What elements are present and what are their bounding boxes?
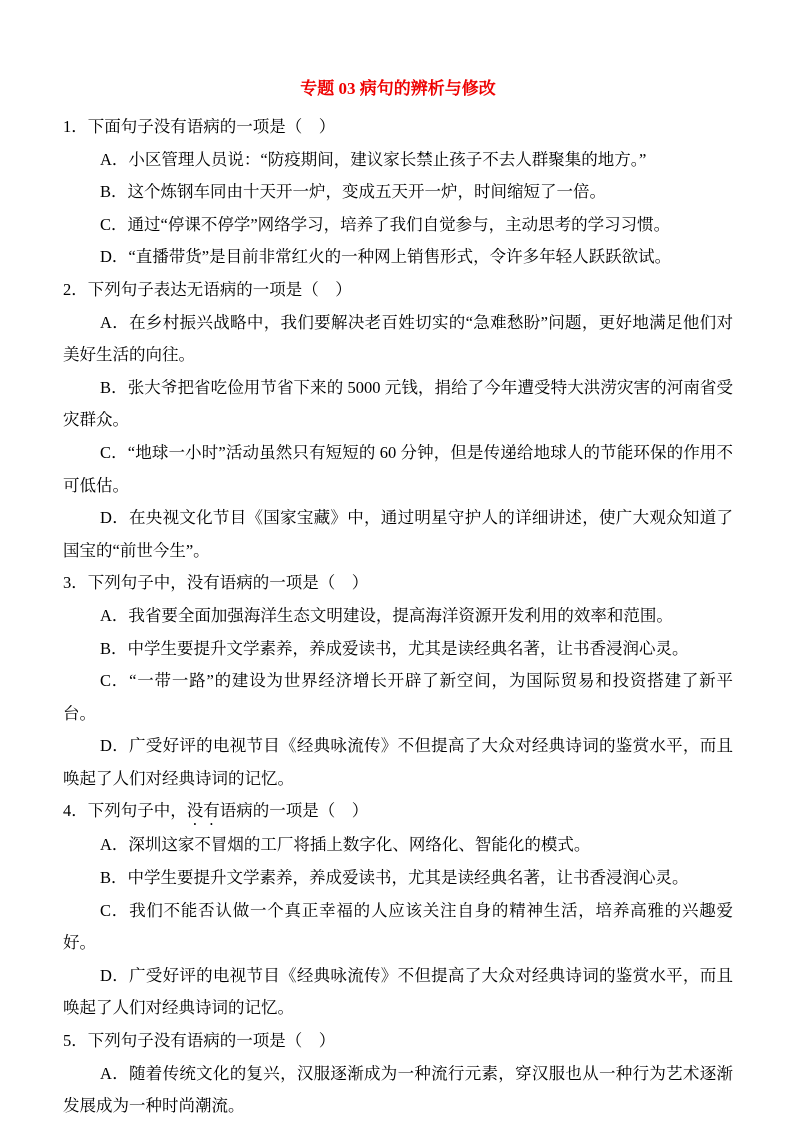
- question-2-option-B: B．张大爷把省吃俭用节省下来的 5000 元钱，捐给了今年遭受特大洪涝灾害的河南…: [63, 372, 733, 437]
- question-number: 1．: [63, 117, 88, 136]
- option-label: B．: [100, 639, 128, 658]
- stem-text: 语病的一项是（ ）: [220, 801, 369, 820]
- option-label: B．: [100, 868, 128, 887]
- question-number: 2．: [63, 280, 88, 299]
- option-text: “直播带货”是目前非常红火的一种网上销售形式，令许多年轻人跃跃欲试。: [128, 247, 671, 266]
- question-5-option-A: A．随着传统文化的复兴，汉服逐渐成为一种流行元素，穿汉服也从一种行为艺术逐渐发展…: [63, 1058, 733, 1122]
- question-3-option-D: D．广受好评的电视节目《经典咏流传》不但提高了大众对经典诗词的鉴赏水平，而且唤起…: [63, 730, 733, 795]
- stem-text: 下列句子中，: [88, 801, 187, 820]
- question-4-stem: 4．下列句子中，没有语病的一项是（ ）: [63, 795, 733, 829]
- option-label: B．: [100, 182, 128, 201]
- emphasized-text: 没有: [187, 801, 220, 820]
- question-2-option-D: D．在央视文化节目《国家宝藏》中，通过明星守护人的详细讲述，使广大观众知道了国宝…: [63, 502, 733, 567]
- option-label: D．: [100, 966, 129, 985]
- question-5-stem: 5．下列句子没有语病的一项是（ ）: [63, 1025, 733, 1058]
- question-4-option-A: A．深圳这家不冒烟的工厂将插上数字化、网络化、智能化的模式。: [63, 829, 733, 862]
- stem-text: 下列句子表达无语病的一项是（ ）: [88, 280, 352, 299]
- option-label: C．: [100, 443, 128, 462]
- option-text: 张大爷把省吃俭用节省下来的 5000 元钱，捐给了今年遭受特大洪涝灾害的河南省受…: [63, 378, 733, 430]
- question-2-option-A: A．在乡村振兴战略中，我们要解决老百姓切实的“急难愁盼”问题，更好地满足他们对美…: [63, 307, 733, 372]
- question-3-option-A: A．我省要全面加强海洋生态文明建设，提高海洋资源开发利用的效率和范围。: [63, 600, 733, 633]
- question-number: 4．: [63, 801, 88, 820]
- option-text: 我们不能否认做一个真正幸福的人应该关注自身的精神生活，培养高雅的兴趣爱好。: [63, 901, 733, 953]
- question-1-stem: 1．下面句子没有语病的一项是（ ）: [63, 111, 733, 144]
- option-label: A．: [100, 150, 128, 169]
- document-page: 专题 03 病句的辨析与修改 1．下面句子没有语病的一项是（ ）A．小区管理人员…: [0, 0, 793, 1122]
- stem-text: 下列句子中，没有语病的一项是（ ）: [88, 573, 369, 592]
- document-title: 专题 03 病句的辨析与修改: [63, 76, 733, 101]
- option-label: A．: [100, 606, 128, 625]
- option-text: 这个炼钢车同由十天开一炉，变成五天开一炉，时间缩短了一倍。: [128, 182, 607, 201]
- stem-text: 下面句子没有语病的一项是（ ）: [88, 117, 336, 136]
- option-text: 在央视文化节目《国家宝藏》中，通过明星守护人的详细讲述，使广大观众知道了国宝的“…: [63, 508, 733, 560]
- option-label: D．: [100, 247, 128, 266]
- question-2-stem: 2．下列句子表达无语病的一项是（ ）: [63, 274, 733, 307]
- question-4-option-C: C．我们不能否认做一个真正幸福的人应该关注自身的精神生活，培养高雅的兴趣爱好。: [63, 895, 733, 960]
- stem-text: 下列句子没有语病的一项是（ ）: [88, 1031, 336, 1050]
- option-label: C．: [100, 215, 128, 234]
- question-3-option-B: B．中学生要提升文学素养，养成爱读书，尤其是读经典名著，让书香浸润心灵。: [63, 633, 733, 666]
- option-label: A．: [100, 1064, 129, 1083]
- question-number: 5．: [63, 1031, 88, 1050]
- question-1-option-D: D．“直播带货”是目前非常红火的一种网上销售形式，令许多年轻人跃跃欲试。: [63, 241, 733, 274]
- question-4-option-D: D．广受好评的电视节目《经典咏流传》不但提高了大众对经典诗词的鉴赏水平，而且唤起…: [63, 960, 733, 1025]
- questions-container: 1．下面句子没有语病的一项是（ ）A．小区管理人员说：“防疫期间，建议家长禁止孩…: [63, 111, 733, 1122]
- option-label: D．: [100, 736, 129, 755]
- option-text: 中学生要提升文学素养，养成爱读书，尤其是读经典名著，让书香浸润心灵。: [128, 639, 689, 658]
- question-1-option-C: C．通过“停课不停学”网络学习，培养了我们自觉参与，主动思考的学习习惯。: [63, 209, 733, 242]
- option-text: 随着传统文化的复兴，汉服逐渐成为一种流行元素，穿汉服也从一种行为艺术逐渐发展成为…: [63, 1064, 733, 1116]
- option-text: 广受好评的电视节目《经典咏流传》不但提高了大众对经典诗词的鉴赏水平，而且唤起了人…: [63, 966, 733, 1018]
- option-label: C．: [100, 901, 129, 920]
- option-text: “一带一路”的建设为世界经济增长开辟了新空间，为国际贸易和投资搭建了新平台。: [63, 671, 733, 723]
- question-2-option-C: C．“地球一小时”活动虽然只有短短的 60 分钟，但是传递给地球人的节能环保的作…: [63, 437, 733, 502]
- option-label: C．: [100, 671, 129, 690]
- option-text: 我省要全面加强海洋生态文明建设，提高海洋资源开发利用的效率和范围。: [128, 606, 673, 625]
- question-1-option-A: A．小区管理人员说：“防疫期间，建议家长禁止孩子不去人群聚集的地方。”: [63, 144, 733, 177]
- question-4-option-B: B．中学生要提升文学素养，养成爱读书，尤其是读经典名著，让书香浸润心灵。: [63, 862, 733, 895]
- option-label: B．: [100, 378, 128, 397]
- option-text: 通过“停课不停学”网络学习，培养了我们自觉参与，主动思考的学习习惯。: [128, 215, 671, 234]
- question-number: 3．: [63, 573, 88, 592]
- option-text: 在乡村振兴战略中，我们要解决老百姓切实的“急难愁盼”问题，更好地满足他们对美好生…: [63, 313, 733, 365]
- question-3-option-C: C．“一带一路”的建设为世界经济增长开辟了新空间，为国际贸易和投资搭建了新平台。: [63, 665, 733, 730]
- option-label: D．: [100, 508, 129, 527]
- option-text: “地球一小时”活动虽然只有短短的 60 分钟，但是传递给地球人的节能环保的作用不…: [63, 443, 733, 495]
- option-text: 广受好评的电视节目《经典咏流传》不但提高了大众对经典诗词的鉴赏水平，而且唤起了人…: [63, 736, 733, 788]
- option-label: A．: [100, 835, 128, 854]
- option-text: 小区管理人员说：“防疫期间，建议家长禁止孩子不去人群聚集的地方。”: [128, 150, 646, 169]
- option-text: 中学生要提升文学素养，养成爱读书，尤其是读经典名著，让书香浸润心灵。: [128, 868, 689, 887]
- option-text: 深圳这家不冒烟的工厂将插上数字化、网络化、智能化的模式。: [128, 835, 590, 854]
- option-label: A．: [100, 313, 129, 332]
- question-3-stem: 3．下列句子中，没有语病的一项是（ ）: [63, 567, 733, 600]
- question-1-option-B: B．这个炼钢车同由十天开一炉，变成五天开一炉，时间缩短了一倍。: [63, 176, 733, 209]
